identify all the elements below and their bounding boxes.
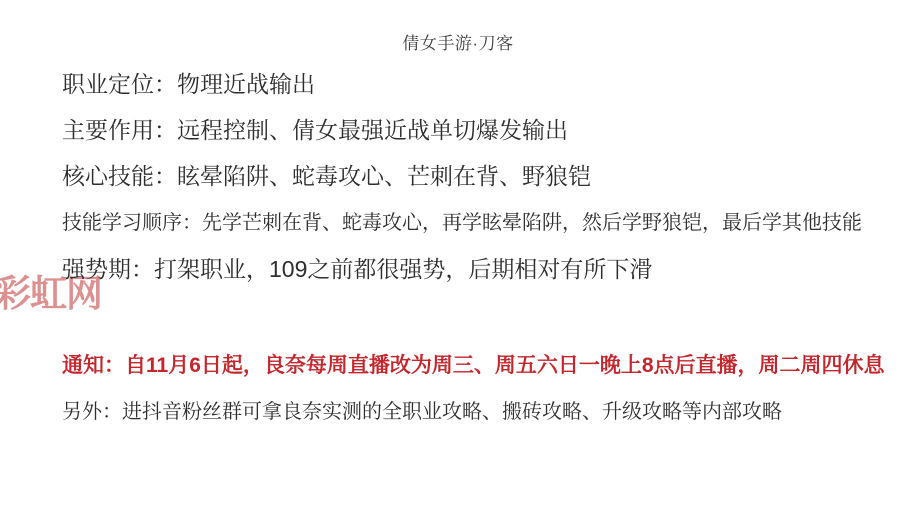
- line-skill-learning-order: 技能学习顺序：先学芒刺在背、蛇毒攻心，再学眩晕陷阱，然后学野狼铠，最后学其他技能: [62, 209, 862, 237]
- line-strong-period: 强势期：打架职业，109之前都很强势，后期相对有所下滑: [62, 255, 652, 283]
- extra-line: 另外：进抖音粉丝群可拿良奈实测的全职业攻略、搬砖攻略、升级攻略等内部攻略: [62, 398, 782, 426]
- notice-line: 通知：自11月6日起，良奈每周直播改为周三、周五六日一晚上8点后直播，周二周四休…: [62, 352, 885, 380]
- line-main-function: 主要作用：远程控制、倩女最强近战单切爆发输出: [62, 116, 568, 144]
- line-core-skills: 核心技能：眩晕陷阱、蛇毒攻心、芒刺在背、野狼铠: [62, 162, 591, 190]
- line-role-position: 职业定位：物理近战输出: [62, 70, 315, 98]
- article-page: 倩女手游·刀客 彩虹网 职业定位：物理近战输出 主要作用：远程控制、倩女最强近战…: [0, 0, 916, 513]
- page-title: 倩女手游·刀客: [0, 29, 916, 54]
